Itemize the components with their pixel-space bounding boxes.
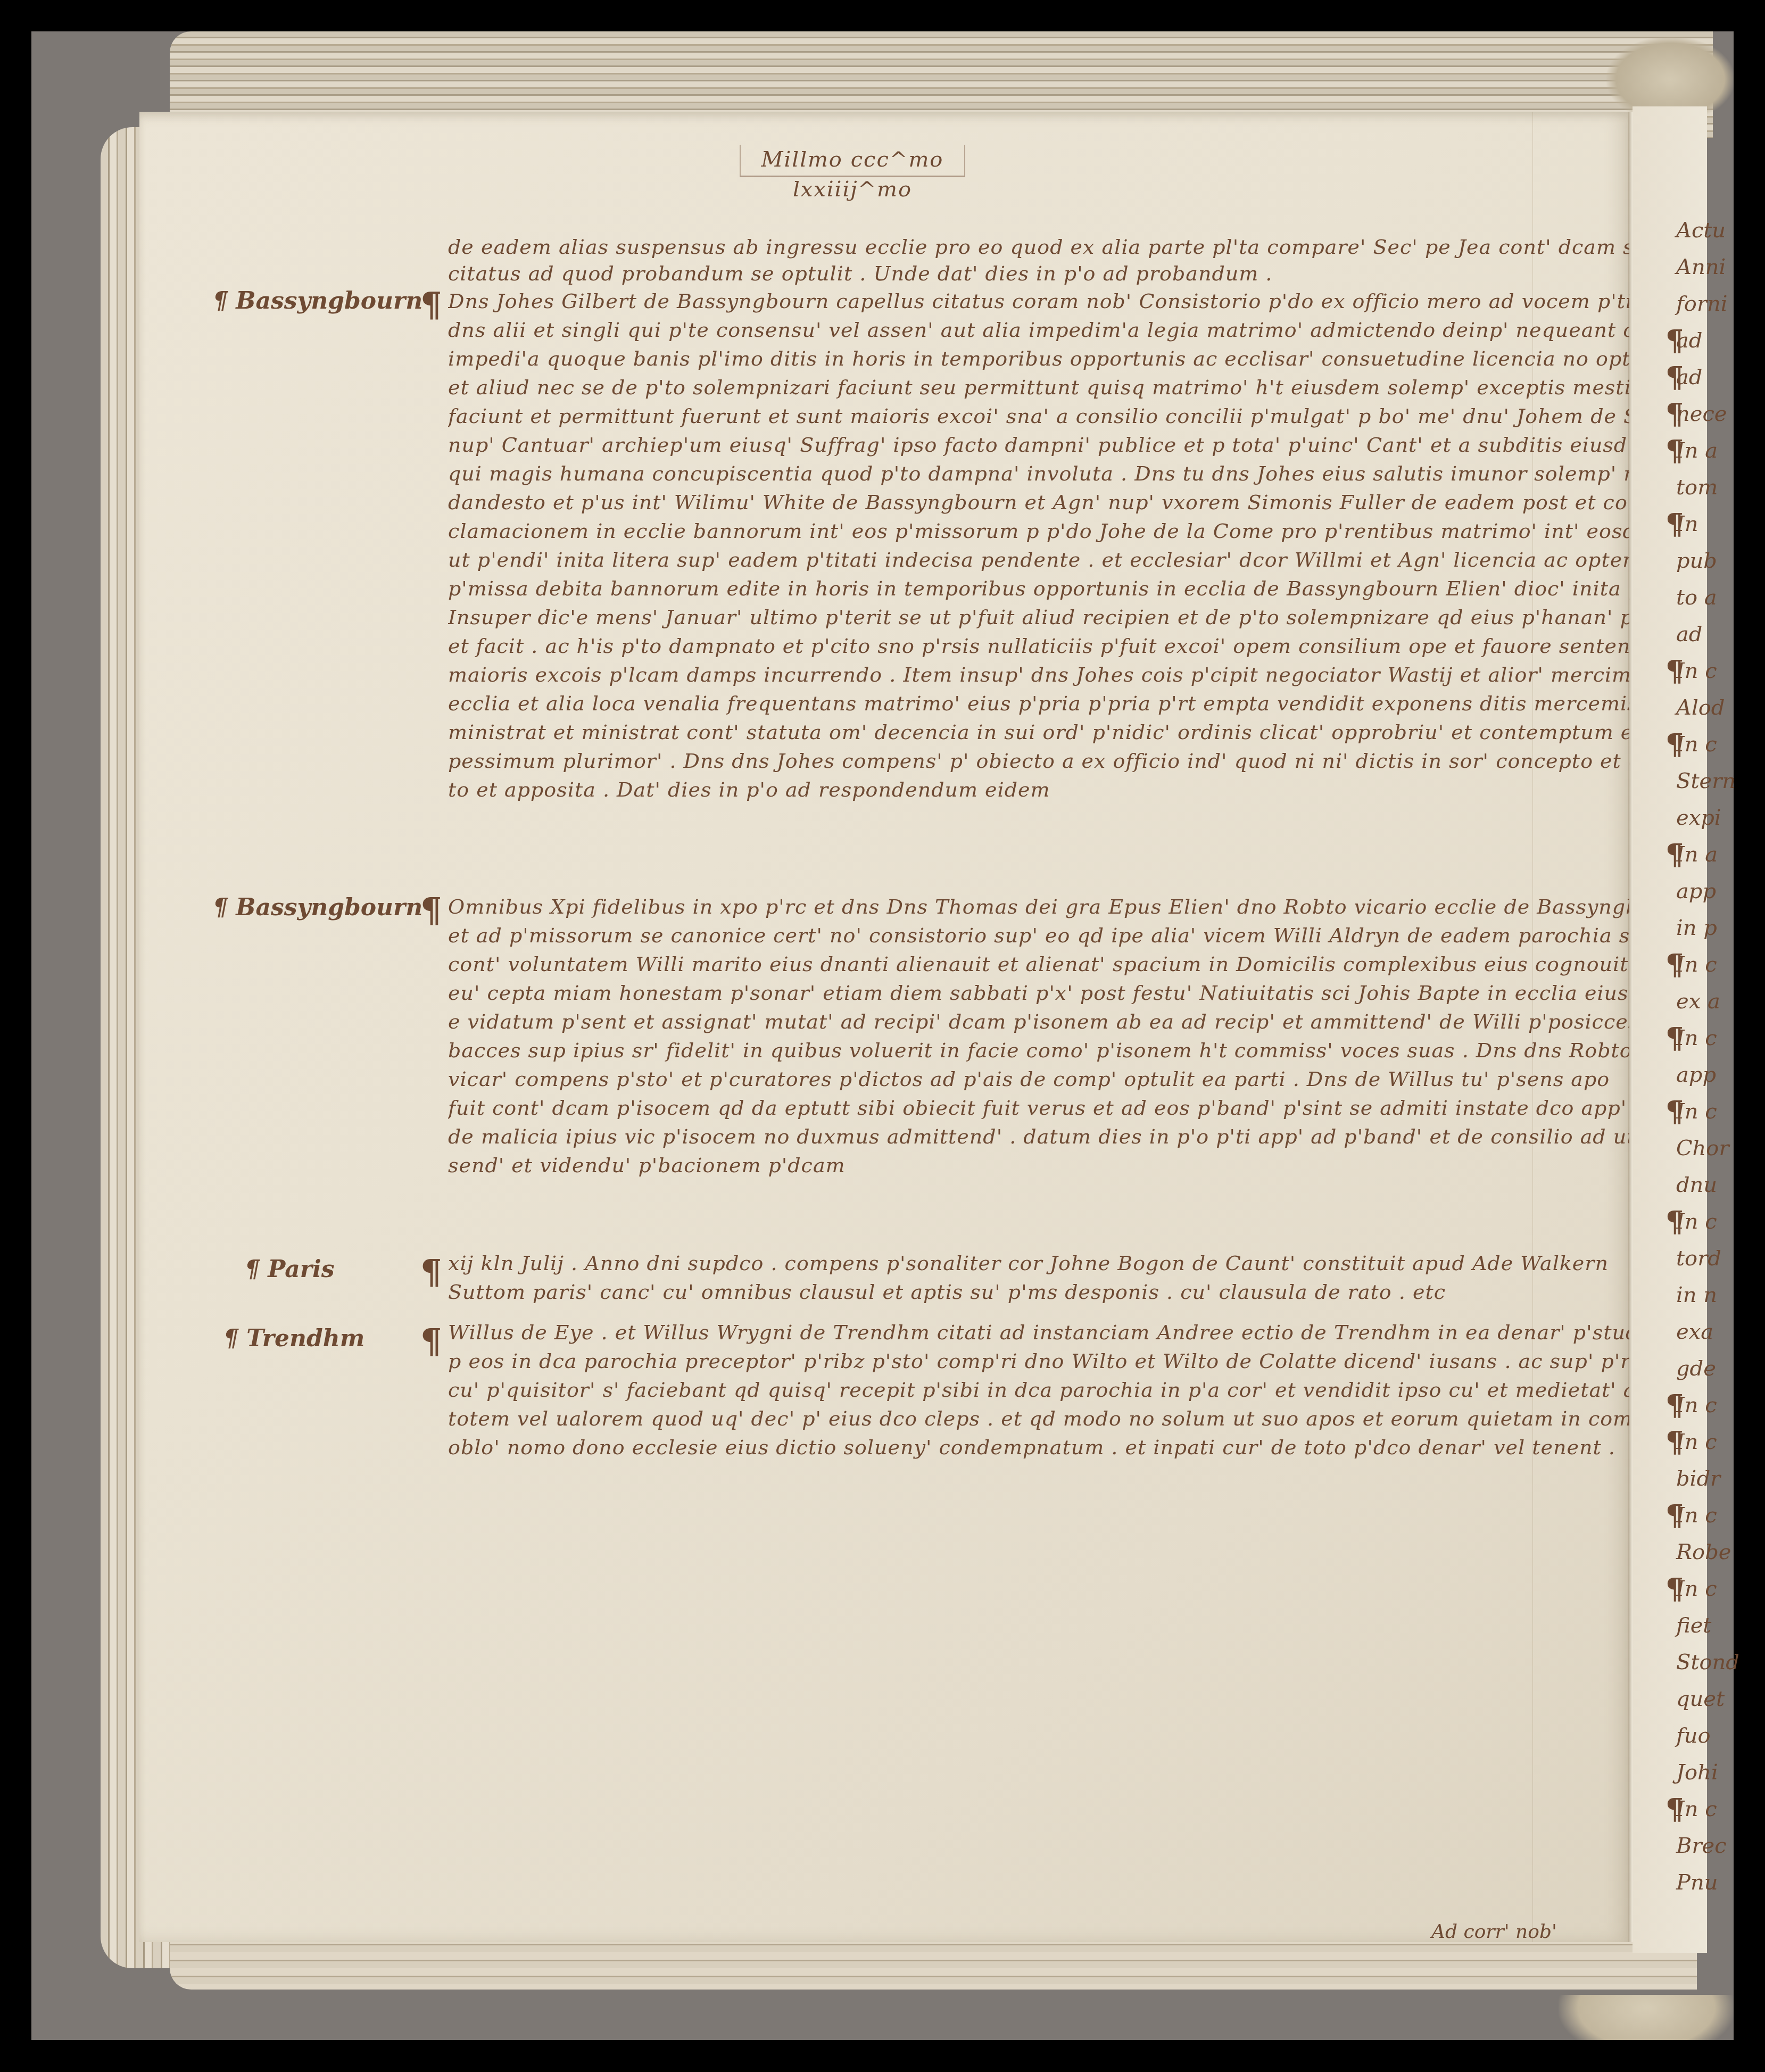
facing-page-line: expi <box>1676 806 1721 830</box>
facing-page-line: fuo <box>1676 1723 1711 1748</box>
text-line: p'missa debita bannorum edite in horis i… <box>448 576 1629 601</box>
facing-page-line: In c <box>1676 1099 1717 1124</box>
facing-page-line: ad <box>1676 622 1702 647</box>
facing-page-line: dnu <box>1676 1173 1717 1197</box>
margin-note-paris: ¶ Paris <box>245 1256 334 1283</box>
text-line: cu' p'quisitor' s' faciebant qd quisq' r… <box>448 1377 1629 1403</box>
text-line: Insuper dic'e mens' Januar' ultimo p'ter… <box>448 604 1629 630</box>
text-line: et aliud nec se de p'to solempnizari fac… <box>448 375 1629 400</box>
margin-note-trendhm: ¶ Trendhm <box>223 1325 364 1352</box>
text-line: vicar' compens p'sto' et p'curatores p'd… <box>448 1066 1629 1092</box>
text-line: qui magis humana concupiscentia quod p't… <box>448 461 1629 486</box>
text-line: ut p'endi' inita litera sup' eadem p'tit… <box>448 547 1629 573</box>
facing-page-line: nece <box>1676 402 1727 426</box>
text-line: Dns Johes Gilbert de Bassyngbourn capell… <box>448 288 1629 314</box>
text-line: clamacionem in ecclie bannorum int' eos … <box>448 518 1629 544</box>
facing-page-line: In a <box>1676 438 1718 463</box>
facing-page-line: In c <box>1676 659 1717 683</box>
facing-page-line: In c <box>1676 1209 1717 1234</box>
text-line: cont' voluntatem Willi marito eius dnant… <box>448 951 1629 977</box>
text-line: Willus de Eye . et Willus Wrygni de Tren… <box>448 1320 1629 1345</box>
text-line: send' et videndu' p'bacionem p'dcam <box>448 1153 1629 1178</box>
facing-page-line: ad <box>1676 365 1702 389</box>
facing-page-line: app <box>1676 1063 1716 1087</box>
text-line: citatus ad quod probandum se optulit . U… <box>448 261 1629 286</box>
facing-page-line: ex a <box>1676 989 1720 1014</box>
facing-page-line: tord <box>1676 1246 1721 1271</box>
facing-page-line: bidr <box>1676 1466 1720 1491</box>
text-line: pessimum plurimor' . Dns dns Johes compe… <box>448 748 1629 774</box>
text-line: dandesto et p'us int' Wilimu' White de B… <box>448 490 1629 515</box>
facing-page-line: Alod <box>1676 695 1725 720</box>
text-line: impedi'a quoque banis pl'imo ditis in ho… <box>448 346 1629 371</box>
facing-page-line: exa <box>1676 1320 1713 1344</box>
facing-page-line: In c <box>1676 1503 1717 1528</box>
text-line: oblo' nomo dono ecclesie eius dictio sol… <box>448 1435 1629 1460</box>
text-line: maioris excois p'lcam damps incurrendo .… <box>448 662 1629 687</box>
text-line: ministrat et ministrat cont' statuta om'… <box>448 719 1629 745</box>
text-line: dns alii et singli qui p'te consensu' ve… <box>448 317 1629 343</box>
text-line: bacces sup ipius sr' fidelit' in quibus … <box>448 1038 1629 1063</box>
catchword: Ad corr' nob' <box>1431 1921 1557 1943</box>
facing-page-line: ad <box>1676 328 1702 353</box>
facing-page-line: Brec <box>1676 1834 1727 1858</box>
margin-note-label: Bassyngbourn <box>236 287 422 314</box>
facing-page-line: Robe <box>1676 1540 1731 1564</box>
binding-thread-bottom <box>1559 1995 1734 2040</box>
facing-page-line: in p <box>1676 916 1717 940</box>
facing-page-line: Johi <box>1676 1760 1718 1785</box>
text-line: nup' Cantuar' archiep'um eiusq' Suffrag'… <box>448 432 1629 458</box>
paragraph-mark: ¶ <box>420 1325 442 1359</box>
facing-page-line: fiet <box>1676 1613 1711 1638</box>
text-line: de malicia ipius vic p'isocem no duxmus … <box>448 1124 1629 1149</box>
text-line: to et apposita . Dat' dies in p'o ad res… <box>448 777 1629 802</box>
facing-page-line: In a <box>1676 842 1718 867</box>
facing-page-line: pub <box>1676 549 1717 573</box>
facing-page-line: quet <box>1676 1687 1725 1711</box>
text-line: xij kln Julij . Anno dni supdco . compen… <box>448 1250 1629 1276</box>
paragraph-mark: ¶ <box>420 894 442 928</box>
text-line: eu' cepta miam honestam p'sonar' etiam d… <box>448 980 1629 1006</box>
facing-page-line: Stond <box>1676 1650 1739 1675</box>
facing-page-line: In c <box>1676 1393 1717 1418</box>
margin-note-label: Trendhm <box>246 1325 364 1352</box>
paragraph-mark: ¶ <box>420 1256 442 1290</box>
text-line: e vidatum p'sent et assignat' mutat' ad … <box>448 1009 1629 1034</box>
facing-page-line: in n <box>1676 1283 1717 1307</box>
facing-page-line: In c <box>1676 1026 1717 1050</box>
margin-note-bassingbourn-2: ¶ Bassyngbourn <box>213 894 422 921</box>
facing-page-line: Chor <box>1676 1136 1729 1161</box>
facing-page-line: Anni <box>1676 255 1726 279</box>
facing-page-line: In c <box>1676 1797 1717 1821</box>
facing-page-line: to a <box>1676 585 1717 610</box>
facing-page-line: In <box>1676 512 1698 536</box>
margin-note-label: Bassyngbourn <box>236 894 422 921</box>
paragraph-mark: ¶ <box>213 894 228 921</box>
facing-page-line: Pnu <box>1676 1870 1718 1895</box>
text-line: et facit . ac h'is p'to dampnato et p'ci… <box>448 633 1629 659</box>
text-line: fuit cont' dcam p'isocem qd da eptutt si… <box>448 1095 1629 1121</box>
text-line: ecclia et alia loca venalia frequentans … <box>448 691 1629 716</box>
facing-page-line: Stern <box>1676 769 1736 793</box>
facing-page-line: In c <box>1676 1430 1717 1454</box>
facing-page-line: app <box>1676 879 1716 904</box>
running-header: Millmo ccc^mo lxxiiij^mo <box>740 145 965 177</box>
margin-note-label: Paris <box>268 1256 334 1283</box>
text-line: faciunt et permittunt fuerunt et sunt ma… <box>448 403 1629 429</box>
text-line: p eos in dca parochia preceptor' p'ribz … <box>448 1348 1629 1374</box>
facing-page-line: gde <box>1676 1356 1716 1381</box>
paragraph-mark: ¶ <box>223 1325 238 1352</box>
facing-page-line: In c <box>1676 952 1717 977</box>
margin-note-bassingbourn-1: ¶ Bassyngbourn <box>213 287 422 314</box>
paragraph-mark: ¶ <box>420 288 442 322</box>
text-line: Omnibus Xpi fidelibus in xpo p'rc et dns… <box>448 894 1629 919</box>
text-line: Suttom paris' canc' cu' omnibus clausul … <box>448 1279 1629 1305</box>
paragraph-mark: ¶ <box>245 1256 260 1283</box>
text-line: de eadem alias suspensus ab ingressu ecc… <box>448 234 1629 260</box>
facing-page-line: tom <box>1676 475 1718 500</box>
facing-page-line: In c <box>1676 732 1717 757</box>
facing-page-line: forni <box>1676 292 1728 316</box>
text-line: et ad p'missorum se canonice cert' no' c… <box>448 923 1629 948</box>
facing-page-line: Actu <box>1676 218 1726 243</box>
facing-page-line: In c <box>1676 1577 1717 1601</box>
paragraph-mark: ¶ <box>213 287 228 314</box>
text-line: totem vel ualorem quod uq' dec' p' eius … <box>448 1406 1629 1431</box>
